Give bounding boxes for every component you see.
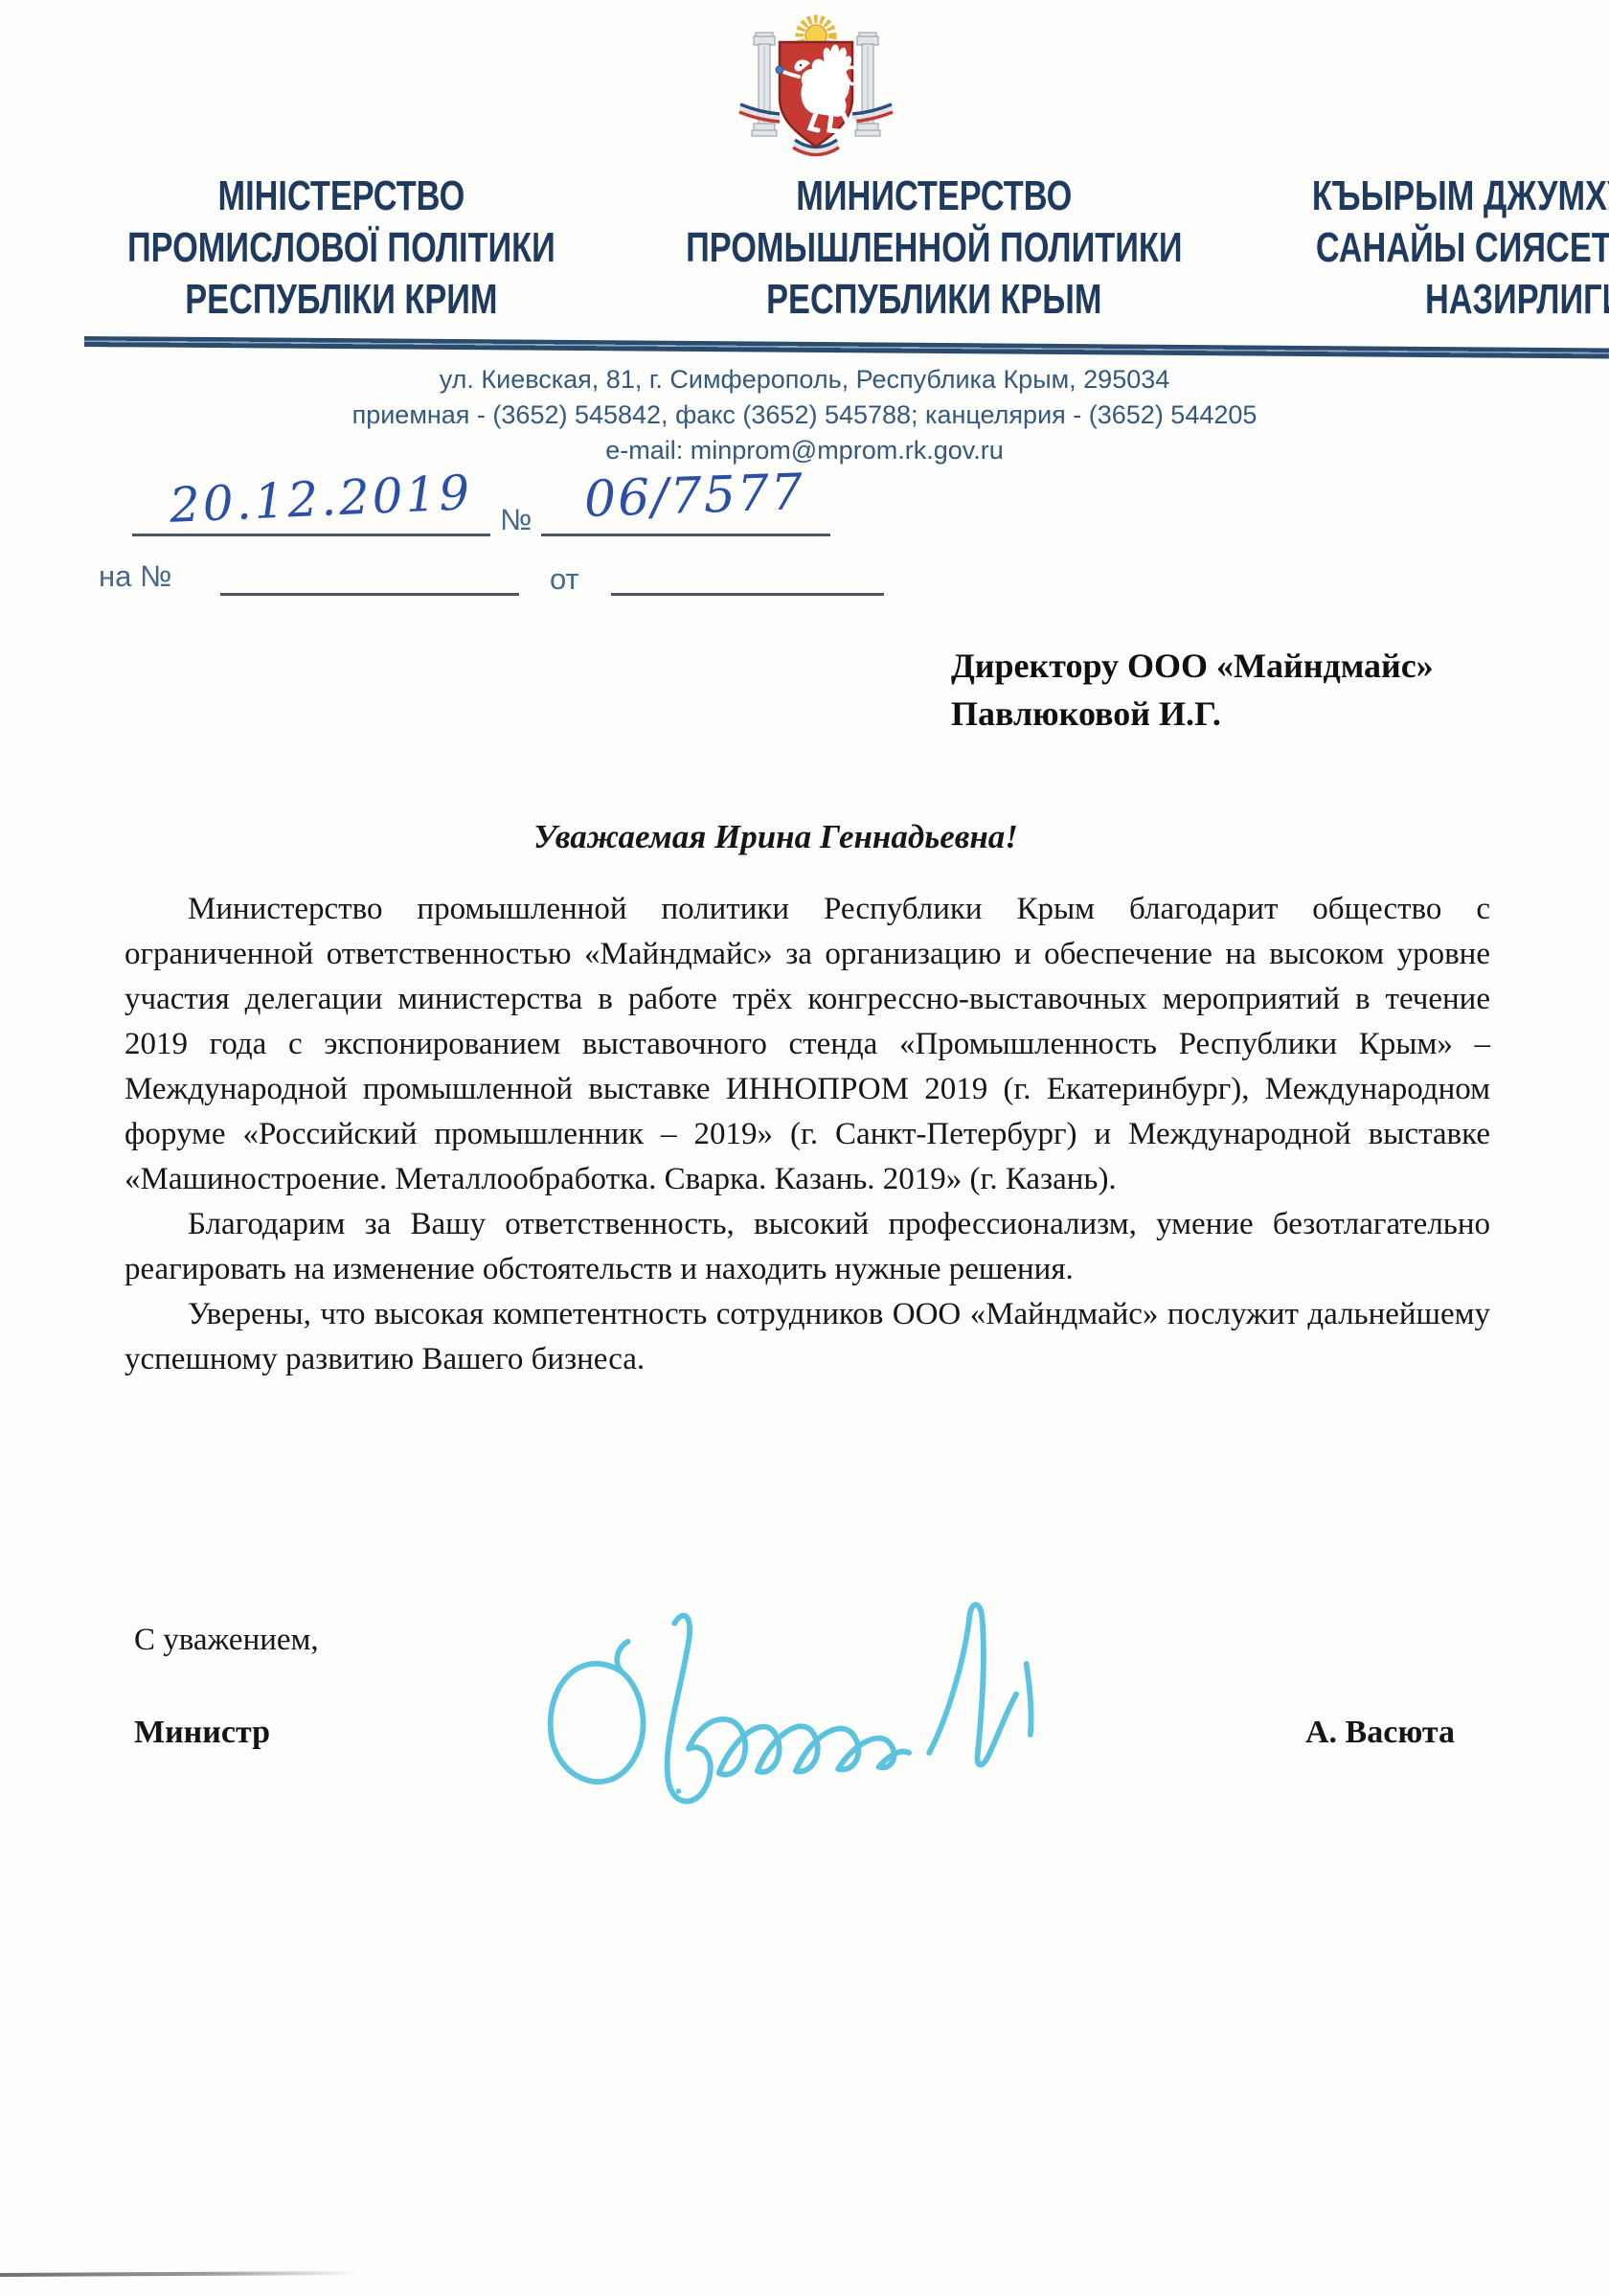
body-paragraph: Уверены, что высокая компетентность сотр… [125, 1292, 1490, 1382]
letter-body: Министерство промышленной политики Респу… [125, 887, 1490, 1382]
letterhead-column-crimean-tatar: КЪЫРЫМ ДЖУМХУРИЕТИ САНАЙЫ СИЯСЕТИНИНЪ НА… [1252, 170, 1609, 326]
letterhead-line: МІНІСТЕРСТВО [127, 170, 555, 222]
recipient-block: Директору ООО «Майндмайс» Павлюковой И.Г… [951, 642, 1434, 738]
letterhead-line: ПРОМИСЛОВОЇ ПОЛІТИКИ [127, 222, 555, 274]
reply-to-underline [220, 593, 519, 596]
body-paragraph: Благодарим за Вашу ответственность, высо… [125, 1202, 1490, 1292]
letterhead-line: САНАЙЫ СИЯСЕТИНИНЪ [1312, 222, 1609, 274]
handwritten-date: 20.12.2019 [143, 464, 499, 534]
date-underline [132, 534, 490, 536]
address-line: приемная - (3652) 545842, факс (3652) 54… [0, 398, 1609, 433]
letterhead-line: КЪЫРЫМ ДЖУМХУРИЕТИ [1312, 170, 1609, 222]
letterhead-divider-rule [84, 336, 1609, 359]
letter-page: МІНІСТЕРСТВО ПРОМИСЛОВОЇ ПОЛІТИКИ РЕСПУБ… [0, 0, 1609, 2296]
letterhead-columns: МІНІСТЕРСТВО ПРОМИСЛОВОЇ ПОЛІТИКИ РЕСПУБ… [67, 170, 1542, 326]
handwritten-number: 06/7577 [550, 463, 839, 530]
number-label: № [500, 503, 532, 537]
recipient-line: Павлюковой И.Г. [951, 690, 1434, 738]
letterhead-line: МИНИСТЕРСТВО [686, 170, 1182, 222]
recipient-line: Директору ООО «Майндмайс» [951, 642, 1434, 690]
handwritten-signature [525, 1592, 1071, 1827]
letterhead-line: ПРОМЫШЛЕННОЙ ПОЛИТИКИ [686, 222, 1182, 274]
signer-title: Министр [134, 1715, 270, 1751]
letterhead-line: РЕСПУБЛІКИ КРИМ [127, 274, 555, 326]
letterhead-column-ukrainian: МІНІСТЕРСТВО ПРОМИСЛОВОЇ ПОЛІТИКИ РЕСПУБ… [67, 170, 616, 326]
from-underline [611, 593, 884, 596]
from-label: от [550, 562, 579, 597]
address-line: ул. Киевская, 81, г. Симферополь, Респуб… [0, 362, 1609, 398]
signer-name: А. Васюта [1305, 1715, 1455, 1751]
letterhead-line: РЕСПУБЛИКИ КРЫМ [686, 274, 1182, 326]
reply-to-label: на № [99, 559, 171, 594]
crimea-coat-of-arms-icon [736, 10, 896, 161]
salutation: Уважаемая Ирина Геннадьевна! [115, 818, 1437, 856]
number-underline [541, 534, 830, 536]
address-block: ул. Киевская, 81, г. Симферополь, Респуб… [0, 362, 1609, 468]
scan-artifact-line [0, 2271, 356, 2277]
body-paragraph: Министерство промышленной политики Респу… [125, 887, 1490, 1202]
valediction: С уважением, [134, 1623, 319, 1658]
letterhead-column-russian: МИНИСТЕРСТВО ПРОМЫШЛЕННОЙ ПОЛИТИКИ РЕСПУ… [616, 170, 1253, 326]
letterhead-line: НАЗИРЛИГИ [1312, 274, 1609, 326]
